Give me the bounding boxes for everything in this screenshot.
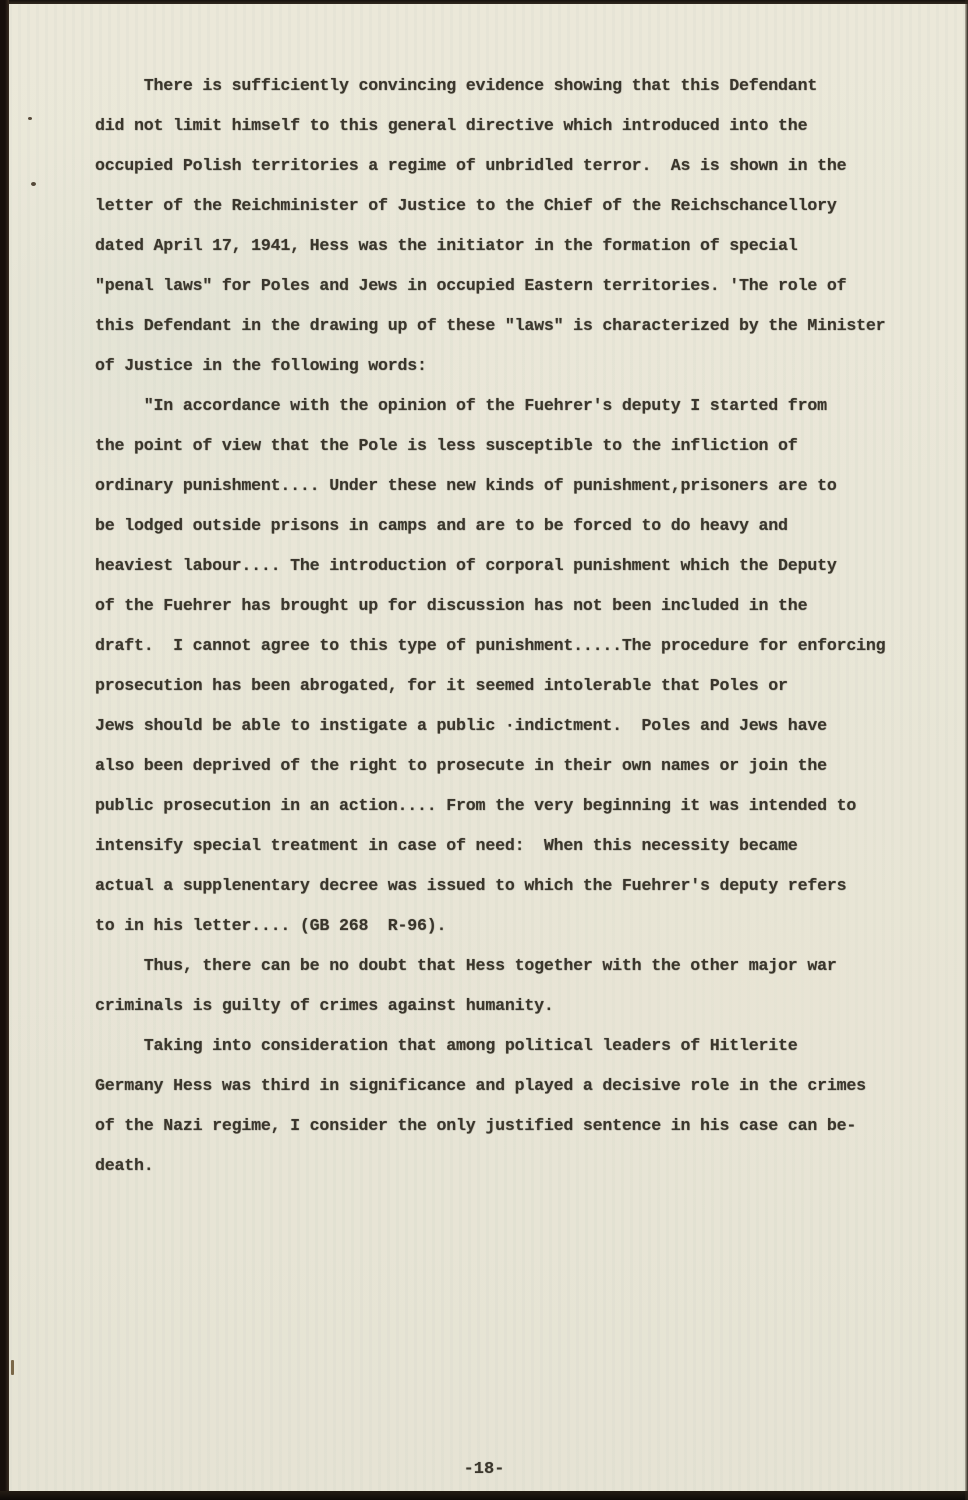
page-edge-left (0, 0, 9, 1500)
text-line: draft. I cannot agree to this type of pu… (95, 626, 955, 666)
text-line: Taking into consideration that among pol… (95, 1026, 955, 1066)
document-page: There is sufficiently convincing evidenc… (0, 0, 968, 1500)
page-edge-bottom (0, 1491, 968, 1500)
text-line: be lodged outside prisons in camps and a… (95, 506, 955, 546)
text-line: of Justice in the following words: (95, 346, 955, 386)
text-line: Germany Hess was third in significance a… (95, 1066, 955, 1106)
text-line: did not limit himself to this general di… (95, 106, 955, 146)
text-line: occupied Polish territories a regime of … (95, 146, 955, 186)
text-line: public prosecution in an action.... From… (95, 786, 955, 826)
text-line: to in his letter.... (GB 268 R-96). (95, 906, 955, 946)
text-line: the point of view that the Pole is less … (95, 426, 955, 466)
document-text: There is sufficiently convincing evidenc… (95, 66, 955, 1186)
text-line: of the Nazi regime, I consider the only … (95, 1106, 955, 1146)
text-line: "penal laws" for Poles and Jews in occup… (95, 266, 955, 306)
ink-speck (28, 117, 32, 120)
page-edge-top (0, 0, 968, 4)
text-line: Jews should be able to instigate a publi… (95, 706, 955, 746)
text-line: prosecution has been abrogated, for it s… (95, 666, 955, 706)
text-line: intensify special treatment in case of n… (95, 826, 955, 866)
text-line: There is sufficiently convincing evidenc… (95, 66, 955, 106)
text-line: death. (95, 1146, 955, 1186)
text-line: "In accordance with the opinion of the F… (95, 386, 955, 426)
text-line: letter of the Reichminister of Justice t… (95, 186, 955, 226)
text-line: Thus, there can be no doubt that Hess to… (95, 946, 955, 986)
page-number: -18- (0, 1460, 968, 1479)
text-line: this Defendant in the drawing up of thes… (95, 306, 955, 346)
text-line: dated April 17, 1941, Hess was the initi… (95, 226, 955, 266)
text-line: criminals is guilty of crimes against hu… (95, 986, 955, 1026)
text-line: of the Fuehrer has brought up for discus… (95, 586, 955, 626)
text-line: ordinary punishment.... Under these new … (95, 466, 955, 506)
text-line: actual a supplenentary decree was issued… (95, 866, 955, 906)
ink-speck (31, 182, 36, 186)
margin-mark (11, 1360, 14, 1375)
text-line: also been deprived of the right to prose… (95, 746, 955, 786)
text-line: heaviest labour.... The introduction of … (95, 546, 955, 586)
